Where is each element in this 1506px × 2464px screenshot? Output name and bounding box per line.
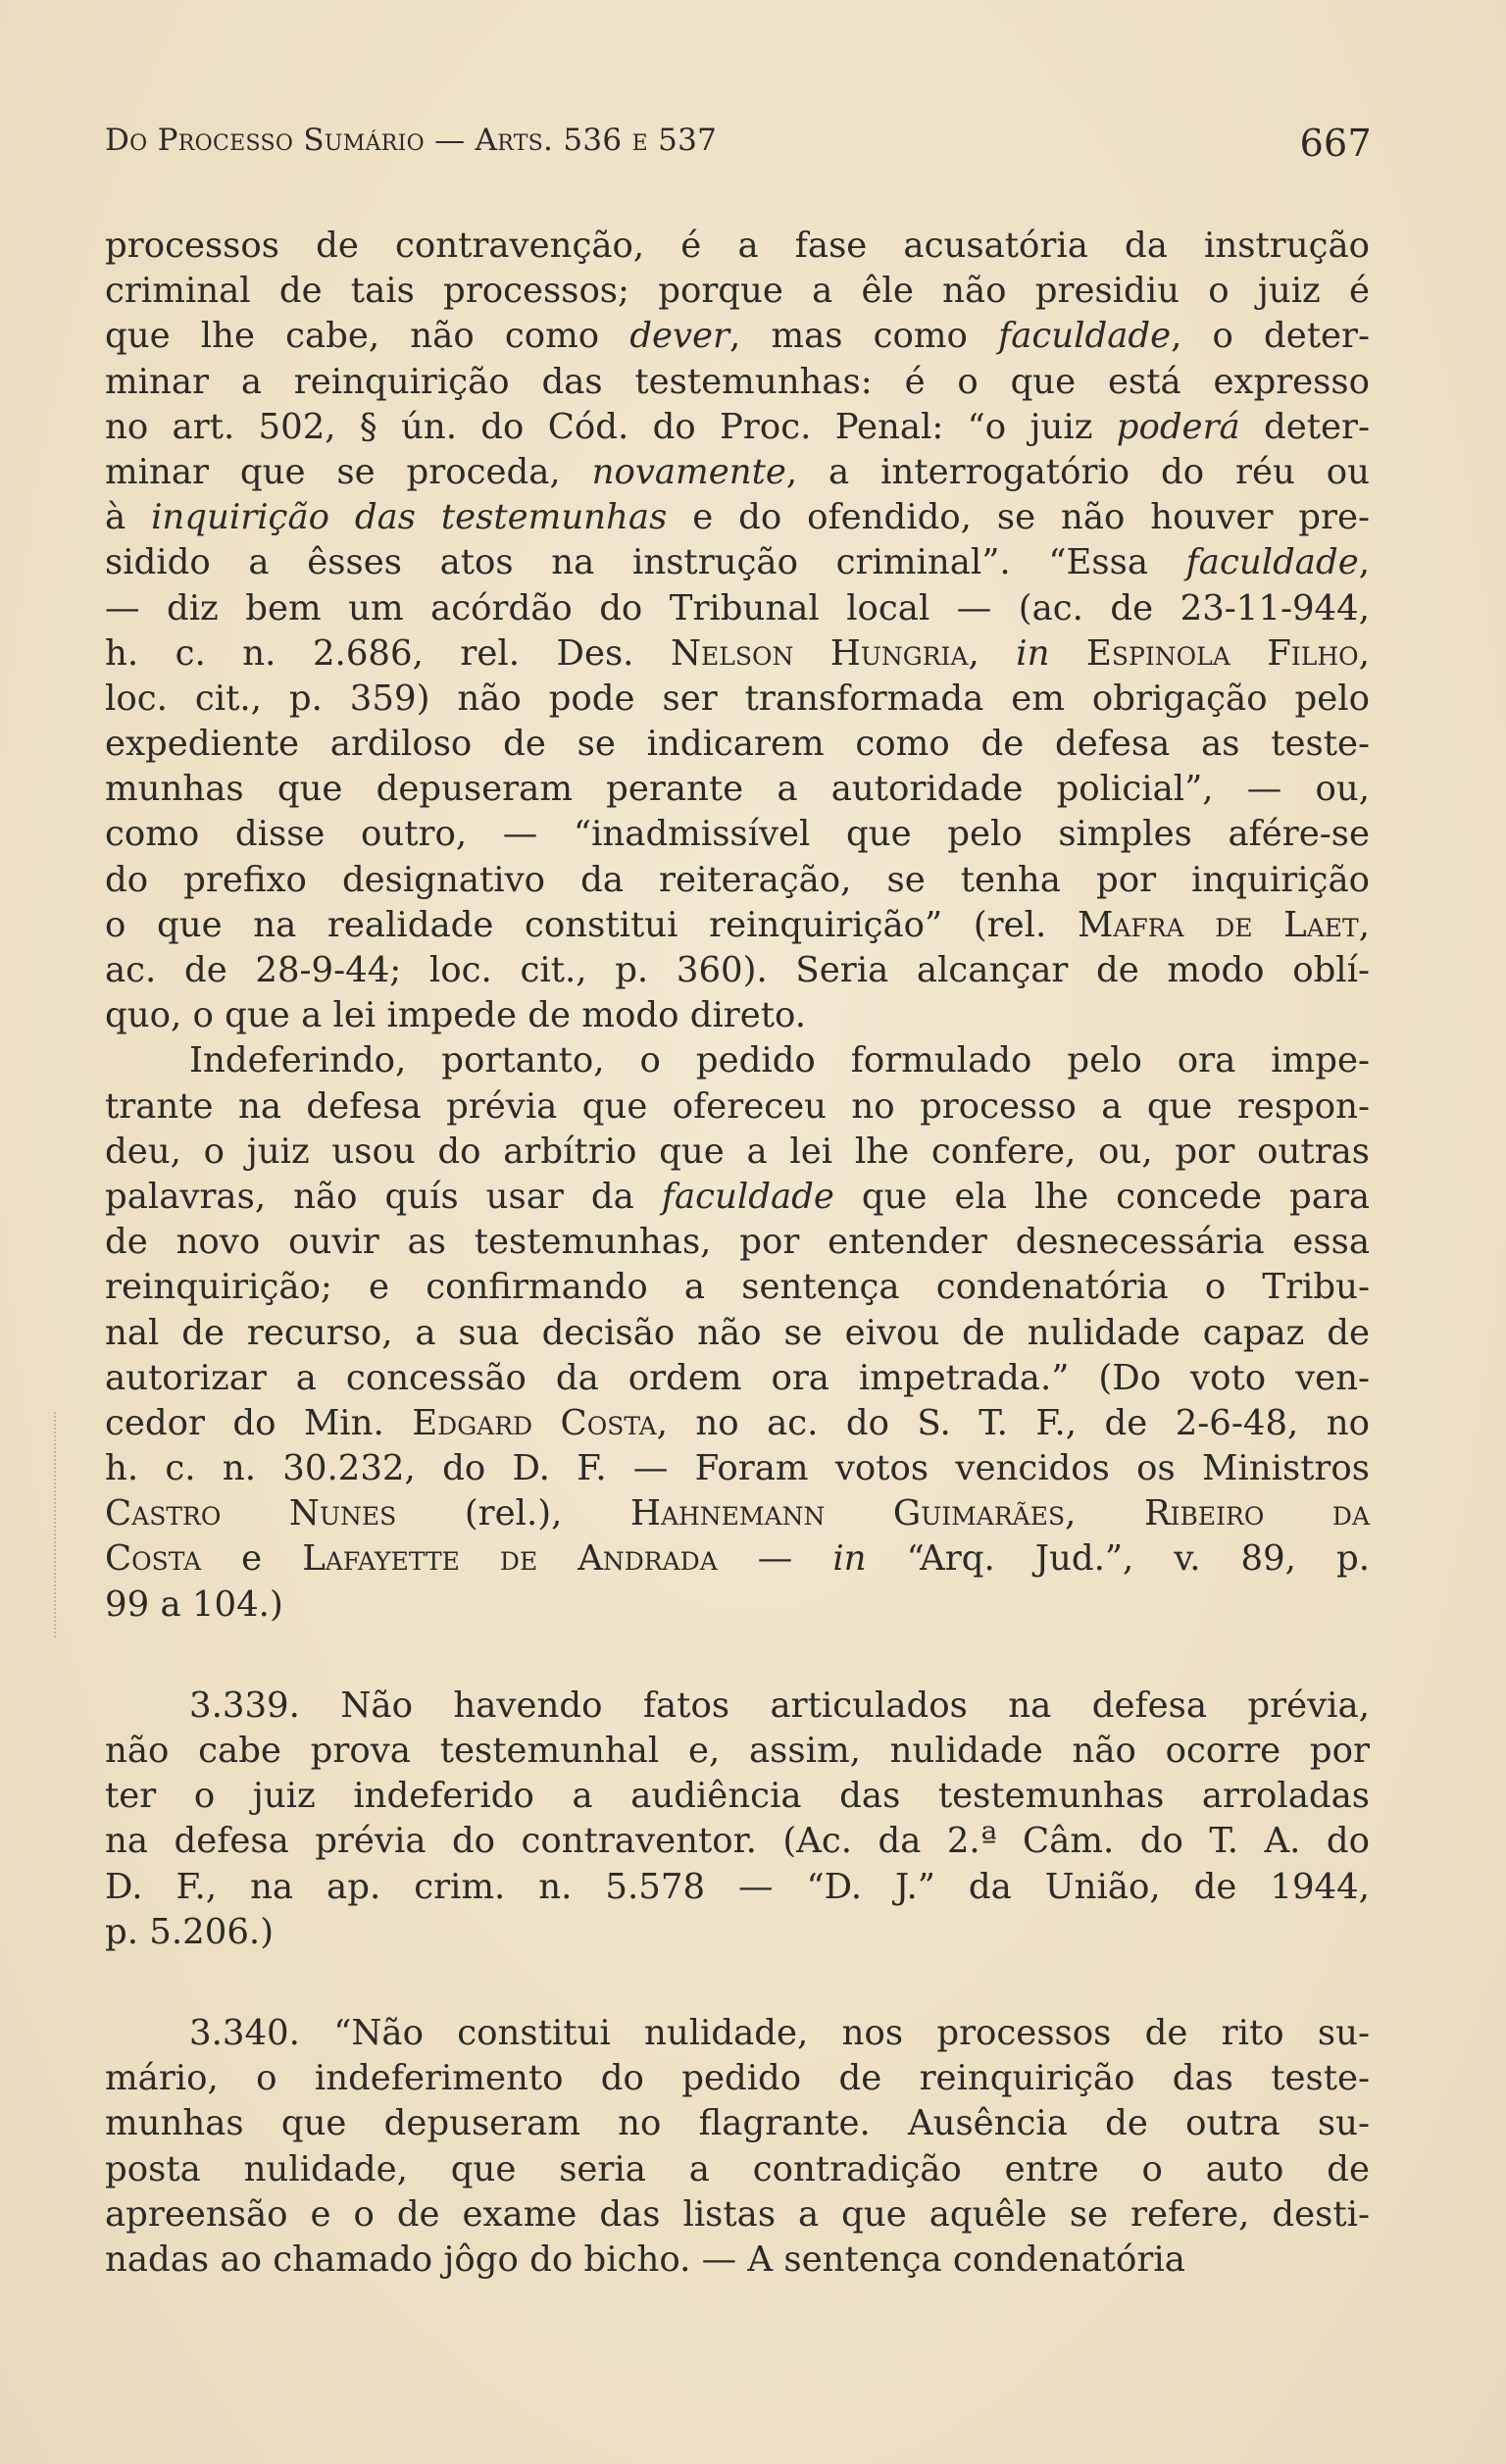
- italic-text: in: [1016, 633, 1049, 674]
- text-line: apreensão e o de exame das listas a que …: [105, 2192, 1370, 2238]
- italic-text: faculdade: [1186, 542, 1359, 582]
- italic-text: poderá: [1117, 407, 1240, 447]
- text-line: minar que se proceda, novamente, a inter…: [105, 450, 1370, 495]
- text-run: D. F., na ap. crim. n. 5.578 — “D. J.” d…: [105, 1867, 1370, 1907]
- text-line: no art. 502, § ún. do Cód. do Proc. Pena…: [105, 405, 1370, 450]
- text-line: mário, o indeferimento do pedido de rein…: [105, 2056, 1370, 2101]
- text-run: autorizar a concessão da ordem ora impet…: [105, 1358, 1370, 1398]
- text-run: — diz bem um acórdão do Tribunal local —…: [105, 588, 1370, 629]
- text-run: quo, o que a lei impede de modo direto.: [105, 995, 806, 1035]
- paragraph-indeferindo: Indeferindo, portanto, o pedido formulad…: [105, 1038, 1370, 1627]
- author-name: Ribeiro da: [1144, 1493, 1370, 1534]
- text-run: no art. 502, § ún. do Cód. do Proc. Pena…: [105, 407, 1117, 447]
- text-run: apreensão e o de exame das listas a que …: [105, 2194, 1370, 2235]
- text-line: deu, o juiz usou do arbítrio que a lei l…: [105, 1130, 1370, 1175]
- text-run: que ela lhe concede para: [834, 1177, 1370, 1217]
- text-run: ac. de 28-9-44; loc. cit., p. 360). Seri…: [105, 950, 1370, 990]
- text-line: Indeferindo, portanto, o pedido formulad…: [105, 1038, 1370, 1083]
- text-line: 3.340. “Não constitui nulidade, nos proc…: [105, 2011, 1370, 2056]
- text-run: de novo ouvir as testemunhas, por entend…: [105, 1222, 1370, 1262]
- text-run: , no ac. do S. T. F., de 2-6-48, no: [657, 1403, 1370, 1443]
- text-line: como disse outro, — “inadmissível que pe…: [105, 812, 1370, 857]
- text-line: trante na defesa prévia que ofereceu no …: [105, 1084, 1370, 1130]
- text-line: posta nulidade, que seria a contradição …: [105, 2147, 1370, 2192]
- author-name: Castro Nunes: [105, 1493, 396, 1534]
- author-name: Costa: [105, 1538, 201, 1579]
- text-run: processos de contravenção, é a fase acus…: [105, 226, 1370, 266]
- text-run: ,: [1065, 1493, 1144, 1534]
- text-line: loc. cit., p. 359) não pode ser transfor…: [105, 677, 1370, 722]
- italic-text: faculdade: [998, 316, 1171, 356]
- text-line: minar a reinquirição das testemunhas: é …: [105, 360, 1370, 405]
- text-run: na defesa prévia do contraventor. (Ac. d…: [105, 1821, 1370, 1861]
- text-run: Indeferindo, portanto, o pedido formulad…: [189, 1040, 1370, 1081]
- text-run: e do ofendido, se não houver pre-: [667, 497, 1370, 537]
- text-line: reinquirição; e confirmando a sentença c…: [105, 1265, 1370, 1310]
- text-line: o que na realidade constitui reinquiriçã…: [105, 903, 1370, 948]
- text-run: munhas que depuseram no flagrante. Ausên…: [105, 2103, 1370, 2143]
- text-run: ,: [1359, 905, 1370, 945]
- text-run: não cabe prova testemunhal e, assim, nul…: [105, 1731, 1370, 1771]
- text-run: ,: [1359, 633, 1370, 674]
- text-run: nadas ao chamado jôgo do bicho. — A sent…: [105, 2239, 1185, 2280]
- paragraph-continuation: processos de contravenção, é a fase acus…: [105, 224, 1370, 1038]
- author-name: Nelson Hungria: [671, 633, 969, 674]
- text-run: posta nulidade, que seria a contradição …: [105, 2149, 1370, 2189]
- text-line: 99 a 104.): [105, 1583, 1370, 1628]
- text-line: palavras, não quís usar da faculdade que…: [105, 1175, 1370, 1220]
- text-line: cedor do Min. Edgard Costa, no ac. do S.…: [105, 1401, 1370, 1446]
- text-run: —: [718, 1538, 833, 1579]
- text-line: Costa e Lafayette de Andrada — in “Arq. …: [105, 1536, 1370, 1582]
- text-line: processos de contravenção, é a fase acus…: [105, 224, 1370, 269]
- text-line: h. c. n. 2.686, rel. Des. Nelson Hungria…: [105, 631, 1370, 677]
- text-run: palavras, não quís usar da: [105, 1177, 662, 1217]
- text-run: reinquirição; e confirmando a sentença c…: [105, 1267, 1370, 1307]
- running-title: Do Processo Sumário — Arts. 536 e 537: [105, 123, 717, 158]
- text-run: nal de recurso, a sua decisão não se eiv…: [105, 1313, 1370, 1353]
- text-line: não cabe prova testemunhal e, assim, nul…: [105, 1729, 1370, 1774]
- text-run: que lhe cabe, não como: [105, 316, 629, 356]
- text-run: [1050, 633, 1087, 674]
- text-line: — diz bem um acórdão do Tribunal local —…: [105, 586, 1370, 631]
- margin-scan-marks: [54, 1412, 62, 1637]
- text-run: e: [201, 1538, 302, 1579]
- page-number: 667: [1300, 122, 1372, 165]
- section-gap: [105, 1628, 1370, 1684]
- text-line: munhas que depuseram no flagrante. Ausên…: [105, 2101, 1370, 2146]
- text-run: loc. cit., p. 359) não pode ser transfor…: [105, 679, 1370, 719]
- text-run: deter-: [1240, 407, 1370, 447]
- book-page: Do Processo Sumário — Arts. 536 e 537 66…: [105, 116, 1370, 2283]
- italic-text: faculdade: [662, 1177, 834, 1217]
- text-line: sidido a êsses atos na instrução crimina…: [105, 540, 1370, 585]
- running-head: Do Processo Sumário — Arts. 536 e 537 66…: [105, 116, 1370, 175]
- text-run: mário, o indeferimento do pedido de rein…: [105, 2058, 1370, 2098]
- author-name: Edgard Costa: [412, 1403, 656, 1443]
- author-name: Lafayette de Andrada: [302, 1538, 718, 1579]
- text-line: munhas que depuseram perante a autoridad…: [105, 767, 1370, 812]
- text-line: autorizar a concessão da ordem ora impet…: [105, 1356, 1370, 1401]
- text-line: nal de recurso, a sua decisão não se eiv…: [105, 1311, 1370, 1356]
- text-run: , a interrogatório do réu ou: [786, 452, 1370, 492]
- text-run: criminal de tais processos; porque a êle…: [105, 271, 1370, 311]
- text-run: como disse outro, — “inadmissível que pe…: [105, 814, 1370, 854]
- text-line: expediente ardiloso de se indicarem como…: [105, 722, 1370, 767]
- text-line: Castro Nunes (rel.), Hahnemann Guimarães…: [105, 1491, 1370, 1536]
- text-line: D. F., na ap. crim. n. 5.578 — “D. J.” d…: [105, 1865, 1370, 1910]
- text-run: minar que se proceda,: [105, 452, 592, 492]
- paragraph-3340: 3.340. “Não constitui nulidade, nos proc…: [105, 2011, 1370, 2283]
- author-name: Mafra de Laet: [1078, 905, 1359, 945]
- text-run: p. 5.206.): [105, 1912, 274, 1952]
- italic-text: novamente: [592, 452, 786, 492]
- text-run: minar a reinquirição das testemunhas: é …: [105, 362, 1370, 402]
- text-line: de novo ouvir as testemunhas, por entend…: [105, 1220, 1370, 1265]
- paragraph-3339: 3.339. Não havendo fatos articulados na …: [105, 1684, 1370, 1955]
- body-text: processos de contravenção, é a fase acus…: [105, 224, 1370, 2283]
- text-run: h. c. n. 2.686, rel. Des.: [105, 633, 671, 674]
- text-run: deu, o juiz usou do arbítrio que a lei l…: [105, 1131, 1370, 1172]
- text-run: , mas como: [729, 316, 998, 356]
- text-run: o que na realidade constitui reinquiriçã…: [105, 905, 1078, 945]
- text-run: sidido a êsses atos na instrução crimina…: [105, 542, 1186, 582]
- text-line: 3.339. Não havendo fatos articulados na …: [105, 1684, 1370, 1729]
- italic-text: inquirição das testemunhas: [151, 497, 667, 537]
- text-run: munhas que depuseram perante a autoridad…: [105, 769, 1370, 809]
- text-run: ,: [1359, 542, 1370, 582]
- text-run: 3.339. Não havendo fatos articulados na …: [189, 1685, 1370, 1726]
- text-line: h. c. n. 30.232, do D. F. — Foram votos …: [105, 1446, 1370, 1491]
- text-run: 3.340. “Não constitui nulidade, nos proc…: [189, 2013, 1370, 2053]
- text-line: que lhe cabe, não como dever, mas como f…: [105, 314, 1370, 359]
- text-line: nadas ao chamado jôgo do bicho. — A sent…: [105, 2238, 1370, 2283]
- text-line: do prefixo designativo da reiteração, se…: [105, 858, 1370, 903]
- text-line: ac. de 28-9-44; loc. cit., p. 360). Seri…: [105, 948, 1370, 993]
- text-run: h. c. n. 30.232, do D. F. — Foram votos …: [105, 1448, 1370, 1488]
- italic-text: dever: [629, 316, 729, 356]
- text-run: ,: [969, 633, 1017, 674]
- text-line: ter o juiz indeferido a audiência das te…: [105, 1774, 1370, 1819]
- text-run: 99 a 104.): [105, 1584, 283, 1625]
- text-run: “Arq. Jud.”, v. 89, p.: [867, 1538, 1370, 1579]
- author-name: Espinola Filho: [1086, 633, 1359, 674]
- text-line: quo, o que a lei impede de modo direto.: [105, 993, 1370, 1038]
- text-run: (rel.),: [396, 1493, 630, 1534]
- italic-text: in: [832, 1538, 866, 1579]
- text-line: criminal de tais processos; porque a êle…: [105, 269, 1370, 314]
- section-gap: [105, 1955, 1370, 2011]
- text-run: trante na defesa prévia que ofereceu no …: [105, 1086, 1370, 1127]
- text-run: do prefixo designativo da reiteração, se…: [105, 860, 1370, 900]
- author-name: Hahnemann Guimarães: [630, 1493, 1065, 1534]
- text-line: p. 5.206.): [105, 1910, 1370, 1955]
- text-line: na defesa prévia do contraventor. (Ac. d…: [105, 1819, 1370, 1864]
- text-line: à inquirição das testemunhas e do ofendi…: [105, 495, 1370, 540]
- text-run: cedor do Min.: [105, 1403, 412, 1443]
- text-run: expediente ardiloso de se indicarem como…: [105, 724, 1370, 764]
- text-run: ter o juiz indeferido a audiência das te…: [105, 1776, 1370, 1816]
- text-run: , o deter-: [1171, 316, 1370, 356]
- text-run: à: [105, 497, 151, 537]
